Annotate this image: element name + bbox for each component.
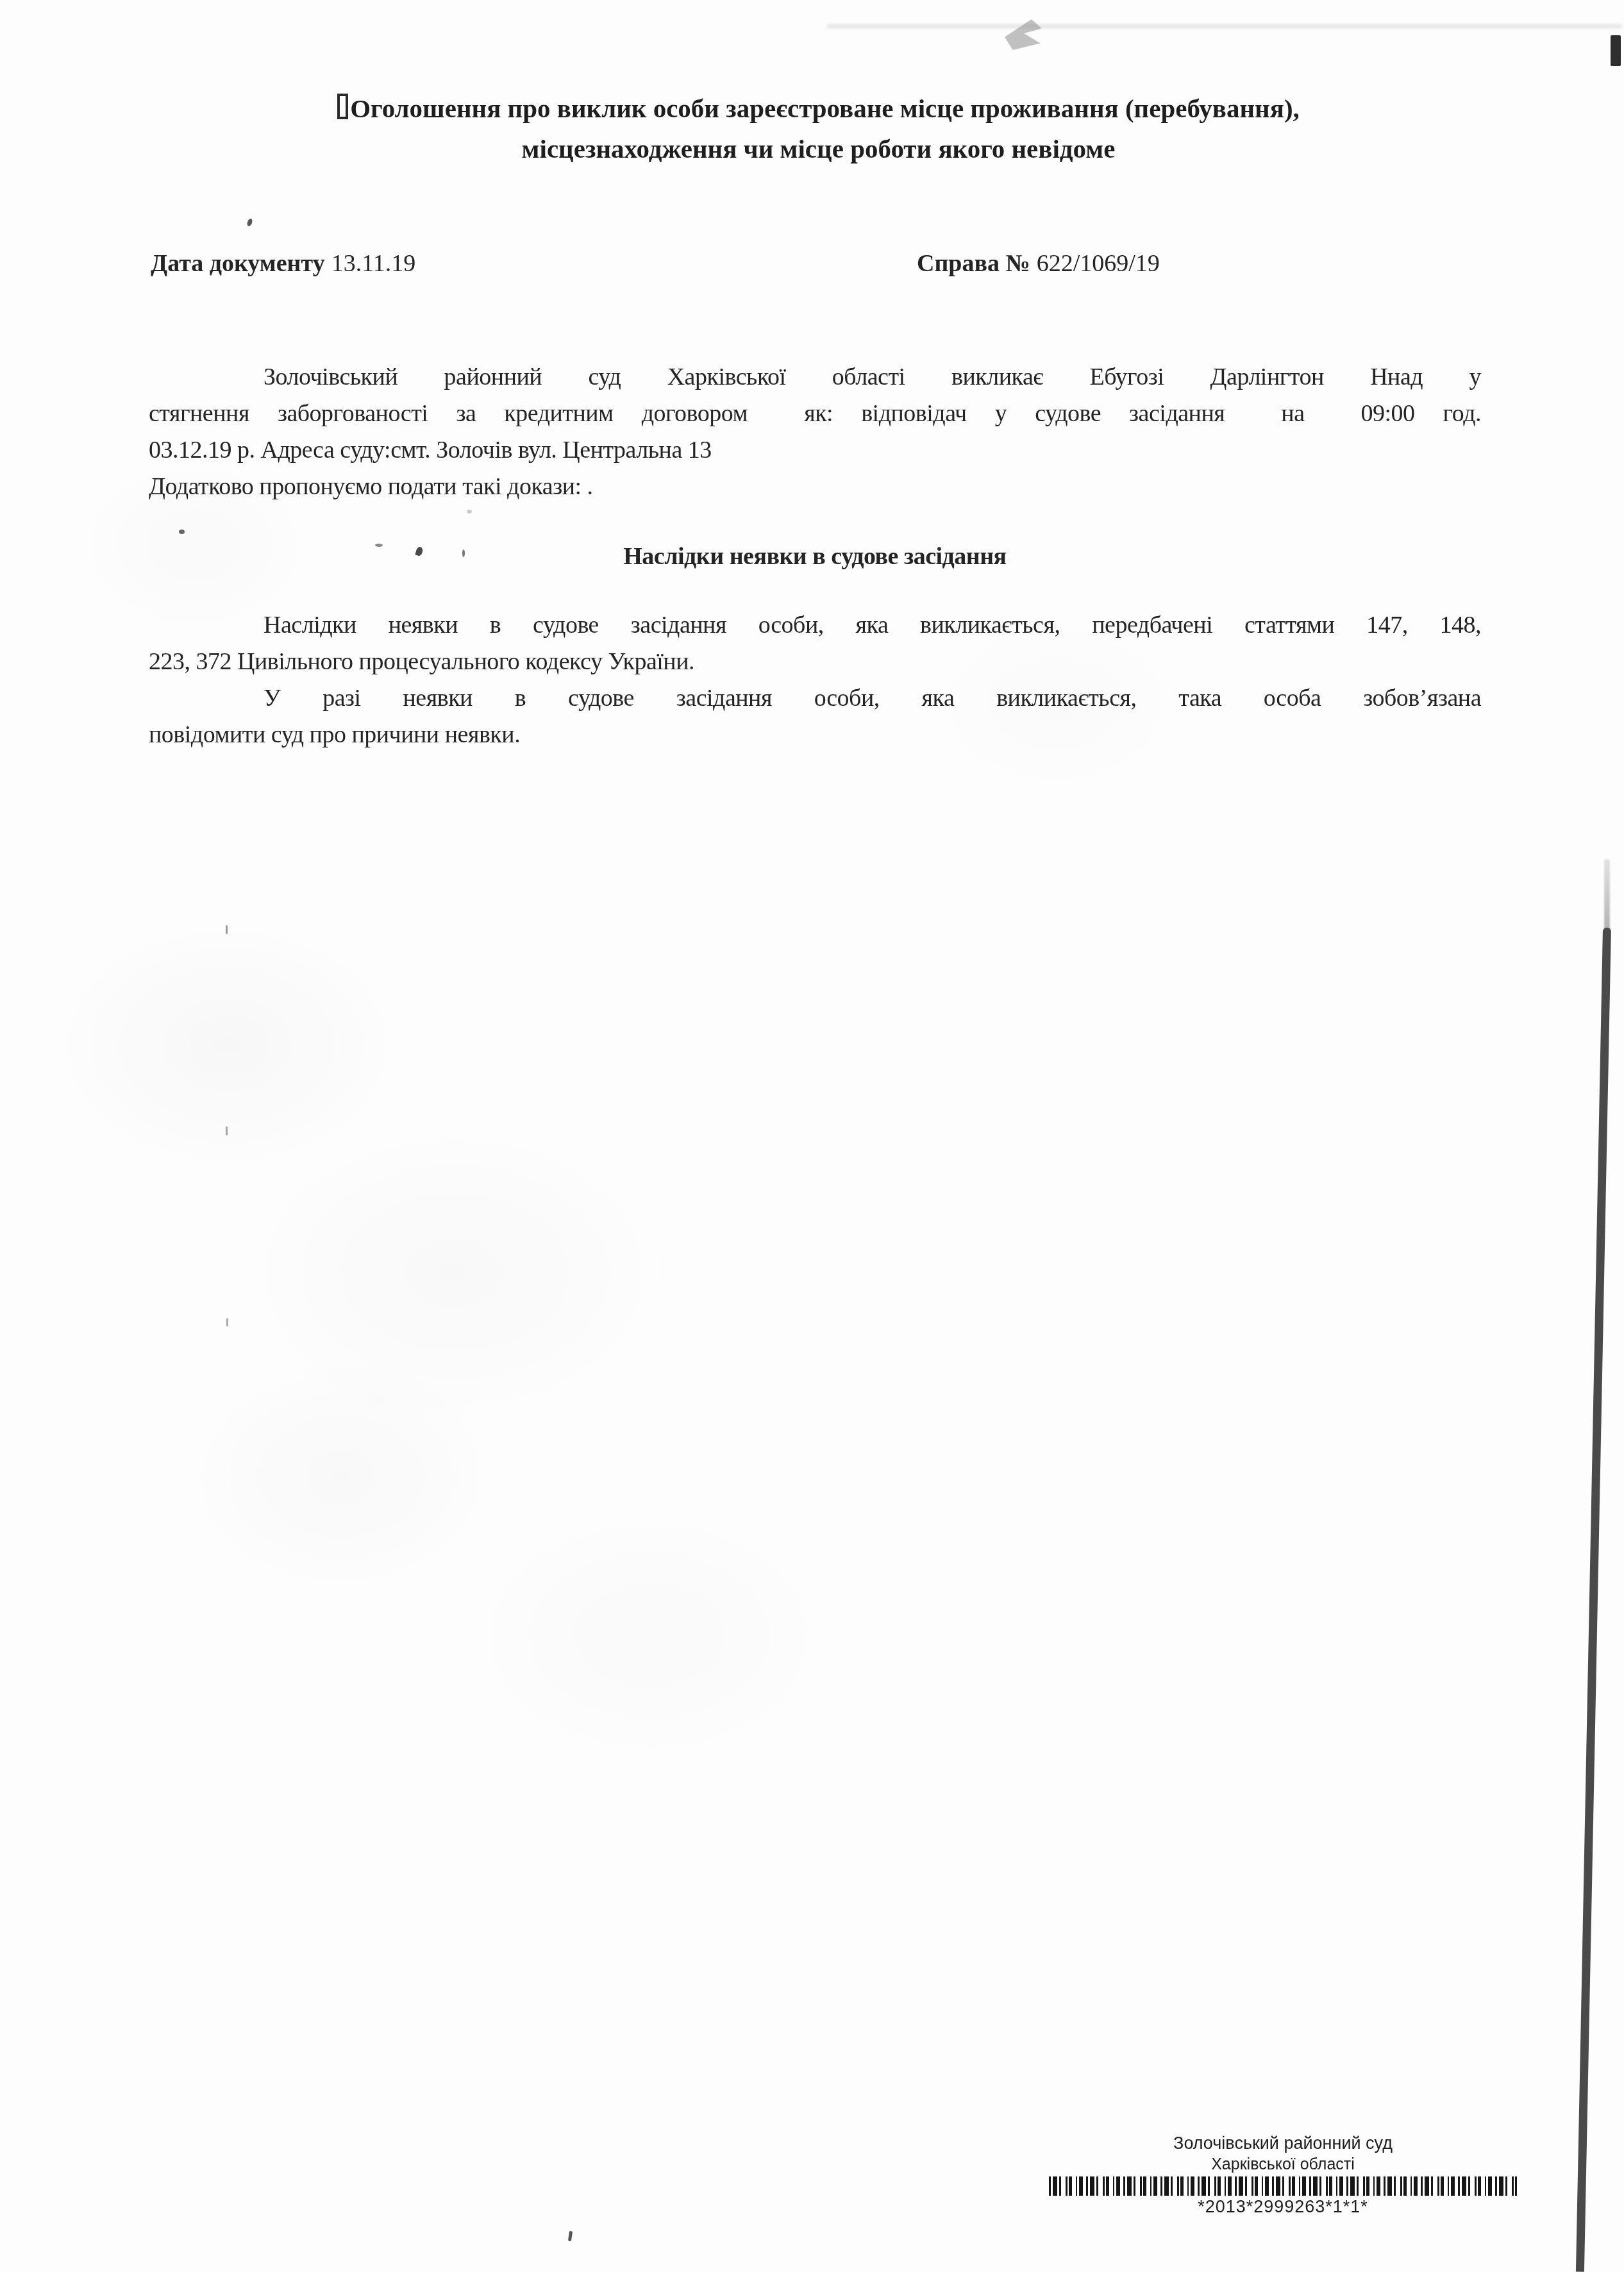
document-title: Оголошення про виклик особи зареєстрован… (115, 88, 1521, 169)
scan-speck (246, 218, 253, 227)
section-heading: Наслідки неявки в судове засідання (149, 539, 1481, 575)
body-line: Наслідки неявки в судове засідання особи… (149, 607, 1481, 644)
document-footer: Золочівський районний суд Харківської об… (1026, 2132, 1539, 2217)
scan-artifact-streak (827, 24, 1622, 28)
date-value: 13.11.19 (331, 250, 416, 277)
scan-speck (226, 925, 228, 934)
document-title-line2: місцезнаходження чи місце роботи якого н… (115, 129, 1521, 169)
body-line: стягнення заборгованості за кредитним до… (149, 396, 1481, 432)
footer-court-region: Харківської області (1026, 2154, 1539, 2175)
barcode-value: *2013*2999263*1*1* (1026, 2196, 1539, 2217)
scan-speck (226, 1126, 228, 1135)
footer-court-name: Золочівський районний суд (1026, 2132, 1539, 2154)
case-label: Справа № (917, 250, 1030, 277)
body-line: Додатково пропонуємо подати такі докази:… (149, 469, 1481, 505)
document-meta-row: Дата документу13.11.19 Справа №622/1069/… (151, 249, 1496, 278)
case-number: Справа №622/1069/19 (917, 249, 1160, 278)
title-text-line1: Оголошення про виклик особи зареєстрован… (350, 94, 1300, 123)
date-label: Дата документу (151, 250, 325, 277)
barcode (1049, 2176, 1517, 2196)
body-line: Золочівський районний суд Харківської об… (149, 359, 1481, 396)
document-body: Золочівський районний суд Харківської об… (149, 359, 1481, 753)
document-date: Дата документу13.11.19 (151, 250, 415, 277)
scanned-court-document: Оголошення про виклик особи зареєстрован… (0, 0, 1624, 2272)
scan-artifact-edge-mark (1611, 35, 1621, 66)
scan-artifact-smudge (1005, 19, 1042, 50)
body-line: 03.12.19 р. Адреса суду:смт. Золочів вул… (149, 432, 1481, 469)
scan-speck (568, 2231, 573, 2242)
scan-speck (226, 1318, 228, 1326)
document-title-line1: Оголошення про виклик особи зареєстрован… (115, 88, 1521, 129)
scan-artifact-fold-line-faint (1604, 859, 1610, 933)
scan-artifact-box-glyph (337, 94, 348, 119)
case-value: 622/1069/19 (1037, 250, 1160, 277)
body-line: повідомити суд про причини неявки. (149, 717, 1481, 753)
body-line: 223, 372 Цивільного процесуального кодек… (149, 644, 1481, 680)
scan-artifact-fold-line (1576, 928, 1611, 2272)
body-line: У разі неявки в судове засідання особи, … (149, 680, 1481, 717)
